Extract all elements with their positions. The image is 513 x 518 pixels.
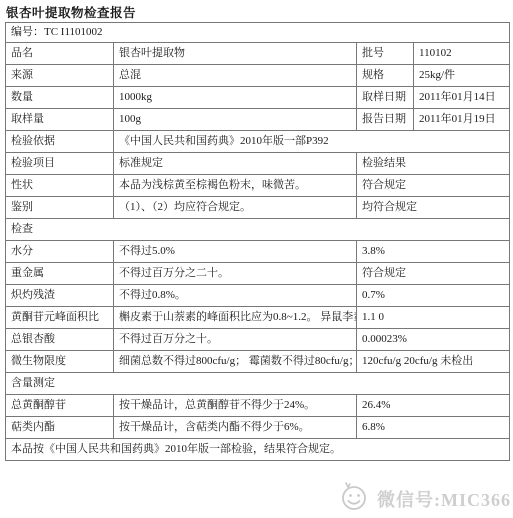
test-result: 26.4% <box>357 395 510 417</box>
test-result: 符合规定 <box>357 175 510 197</box>
test-standard: 不得过5.0% <box>114 241 357 263</box>
field-value: 25kg/件 <box>414 65 510 87</box>
test-result: 0.7% <box>357 285 510 307</box>
test-standard: 不得过百万分之二十。 <box>114 263 357 285</box>
test-name: 性状 <box>6 175 114 197</box>
test-standard: 按干燥品计，含萜类内酯不得少于6%。 <box>114 417 357 439</box>
field-value: 1000kg <box>114 87 357 109</box>
field-value: 110102 <box>414 43 510 65</box>
table-row-basis: 检验依据 《中国人民共和国药典》2010年版一部P392 <box>6 131 510 153</box>
smiley-face-icon <box>340 481 372 516</box>
test-row: 总银杏酸 不得过百万分之十。 0.00023% <box>6 329 510 351</box>
field-value: 100g <box>114 109 357 131</box>
table-row-serial: 编号：TC I1101002 <box>6 23 510 43</box>
test-standard: 本品为浅棕黄至棕褐色粉末，味微苦。 <box>114 175 357 197</box>
field-value: 《中国人民共和国药典》2010年版一部P392 <box>114 131 510 153</box>
column-header-result: 检验结果 <box>357 153 510 175</box>
test-row: 黄酮苷元峰面积比 槲皮素于山萘素的峰面积比应为0.8~1.2。 异鼠李素与槲皮素… <box>6 307 510 329</box>
test-row: 微生物限度 细菌总数不得过800cfu/g； 霉菌数不得过80cfu/g； 大肠… <box>6 351 510 373</box>
test-row: 总黄酮醇苷 按干燥品计，总黄酮醇苷不得少于24%。 26.4% <box>6 395 510 417</box>
conclusion-row: 本品按《中国人民共和国药典》2010年版一部检验，结果符合规定。 <box>6 439 510 461</box>
test-name: 黄酮苷元峰面积比 <box>6 307 114 329</box>
conclusion-text: 本品按《中国人民共和国药典》2010年版一部检验，结果符合规定。 <box>6 439 510 461</box>
column-header-standard: 标准规定 <box>114 153 357 175</box>
table-row: 数量 1000kg 取样日期 2011年01月14日 <box>6 87 510 109</box>
section-title: 含量测定 <box>6 373 510 395</box>
table-row: 品名 银杏叶提取物 批号 110102 <box>6 43 510 65</box>
section-row-check: 检查 <box>6 219 510 241</box>
test-row: 炽灼残渣 不得过0.8%。 0.7% <box>6 285 510 307</box>
test-standard: 细菌总数不得过800cfu/g； 霉菌数不得过80cfu/g； 大肠埃希菌，不得… <box>114 351 357 373</box>
field-label: 取样量 <box>6 109 114 131</box>
field-label: 批号 <box>357 43 414 65</box>
column-header-item: 检验项目 <box>6 153 114 175</box>
test-name: 水分 <box>6 241 114 263</box>
test-result: 符合规定 <box>357 263 510 285</box>
test-name: 总银杏酸 <box>6 329 114 351</box>
field-label: 报告日期 <box>357 109 414 131</box>
field-value: 2011年01月14日 <box>414 87 510 109</box>
field-label: 来源 <box>6 65 114 87</box>
table-row: 取样量 100g 报告日期 2011年01月19日 <box>6 109 510 131</box>
test-standard: 不得过百万分之十。 <box>114 329 357 351</box>
field-value: 2011年01月19日 <box>414 109 510 131</box>
watermark-text: 微信号:MIC366 <box>377 486 511 512</box>
test-result: 6.8% <box>357 417 510 439</box>
inspection-report-table: 编号：TC I1101002 品名 银杏叶提取物 批号 110102 来源 总混… <box>5 22 510 461</box>
field-label: 品名 <box>6 43 114 65</box>
serial-number: 编号：TC I1101002 <box>6 23 510 43</box>
test-result: 0.00023% <box>357 329 510 351</box>
field-value: 银杏叶提取物 <box>114 43 357 65</box>
test-name: 鉴别 <box>6 197 114 219</box>
test-row: 萜类内酯 按干燥品计，含萜类内酯不得少于6%。 6.8% <box>6 417 510 439</box>
field-value: 总混 <box>114 65 357 87</box>
field-label: 规格 <box>357 65 414 87</box>
test-name: 萜类内酯 <box>6 417 114 439</box>
watermark: 微信号:MIC366 <box>340 481 511 516</box>
test-result: 3.8% <box>357 241 510 263</box>
test-row: 性状 本品为浅棕黄至棕褐色粉末，味微苦。 符合规定 <box>6 175 510 197</box>
test-standard: 按干燥品计，总黄酮醇苷不得少于24%。 <box>114 395 357 417</box>
section-row-assay: 含量测定 <box>6 373 510 395</box>
field-label: 取样日期 <box>357 87 414 109</box>
table-row: 来源 总混 规格 25kg/件 <box>6 65 510 87</box>
test-row: 鉴别 （1）、（2）均应符合规定。 均符合规定 <box>6 197 510 219</box>
test-standard: （1）、（2）均应符合规定。 <box>114 197 357 219</box>
test-standard: 槲皮素于山萘素的峰面积比应为0.8~1.2。 异鼠李素与槲皮素的峰面积比值应大于… <box>114 307 357 329</box>
test-result: 1.1 0 <box>357 307 510 329</box>
test-name: 总黄酮醇苷 <box>6 395 114 417</box>
test-name: 重金属 <box>6 263 114 285</box>
section-title: 检查 <box>6 219 510 241</box>
table-header-row: 检验项目 标准规定 检验结果 <box>6 153 510 175</box>
page-title: 银杏叶提取物检查报告 <box>6 3 136 21</box>
test-result: 120cfu/g 20cfu/g 未检出 <box>357 351 510 373</box>
test-name: 微生物限度 <box>6 351 114 373</box>
test-result: 均符合规定 <box>357 197 510 219</box>
test-name: 炽灼残渣 <box>6 285 114 307</box>
field-label: 数量 <box>6 87 114 109</box>
field-label: 检验依据 <box>6 131 114 153</box>
test-row: 水分 不得过5.0% 3.8% <box>6 241 510 263</box>
test-standard: 不得过0.8%。 <box>114 285 357 307</box>
test-row: 重金属 不得过百万分之二十。 符合规定 <box>6 263 510 285</box>
